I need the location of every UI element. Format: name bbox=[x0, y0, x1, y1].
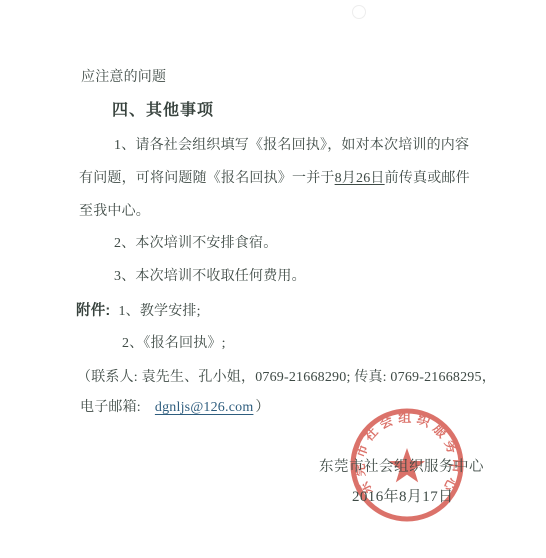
scan-artifact-mark bbox=[352, 5, 366, 19]
intro-line: 应注意的问题 bbox=[81, 66, 166, 86]
attachments-line-1: 附件:1、教学安排; bbox=[76, 299, 201, 320]
date-line: 2016年8月17日 bbox=[352, 485, 454, 506]
closing-paren: ） bbox=[255, 400, 269, 415]
deadline-date-underlined: 8月26日 bbox=[335, 171, 385, 186]
paragraph-3: 3、本次培训不收取任何费用。 bbox=[114, 265, 306, 285]
contact-line-2: 电子邮箱:dgnljs@126.com） bbox=[80, 396, 270, 416]
paragraph-1-line-1: 1、请各社会组织填写《报名回执》，如对本次培训的内容 bbox=[114, 134, 469, 154]
attachments-label: 附件: bbox=[76, 303, 110, 319]
email-label: 电子邮箱: bbox=[80, 400, 141, 415]
contact-line-1: （联系人: 袁先生、孔小姐，0769-21668290; 传真: 0769-21… bbox=[77, 366, 496, 386]
paragraph-1-line-2-pre: 有问题，可将问题随《报名回执》一并于 bbox=[79, 171, 335, 186]
signature-org-name: 东莞市社会组织服务中心 bbox=[319, 455, 484, 476]
attachment-item-1: 1、教学安排; bbox=[118, 304, 200, 319]
paragraph-1-line-3: 至我中心。 bbox=[79, 200, 150, 220]
email-link[interactable]: dgnljs@126.com bbox=[153, 400, 256, 415]
document-page: { "colors": { "ink": "#3e4a45", "link": … bbox=[0, 0, 546, 558]
paragraph-2: 2、本次培训不安排食宿。 bbox=[114, 232, 277, 252]
paragraph-1-line-2: 有问题，可将问题随《报名回执》一并于8月26日前传真或邮件 bbox=[79, 167, 470, 187]
section-heading: 四、其他事项 bbox=[112, 97, 214, 120]
paragraph-1-line-2-post: 前传真或邮件 bbox=[385, 171, 470, 186]
attachment-item-2: 2、《报名回执》; bbox=[122, 332, 226, 352]
